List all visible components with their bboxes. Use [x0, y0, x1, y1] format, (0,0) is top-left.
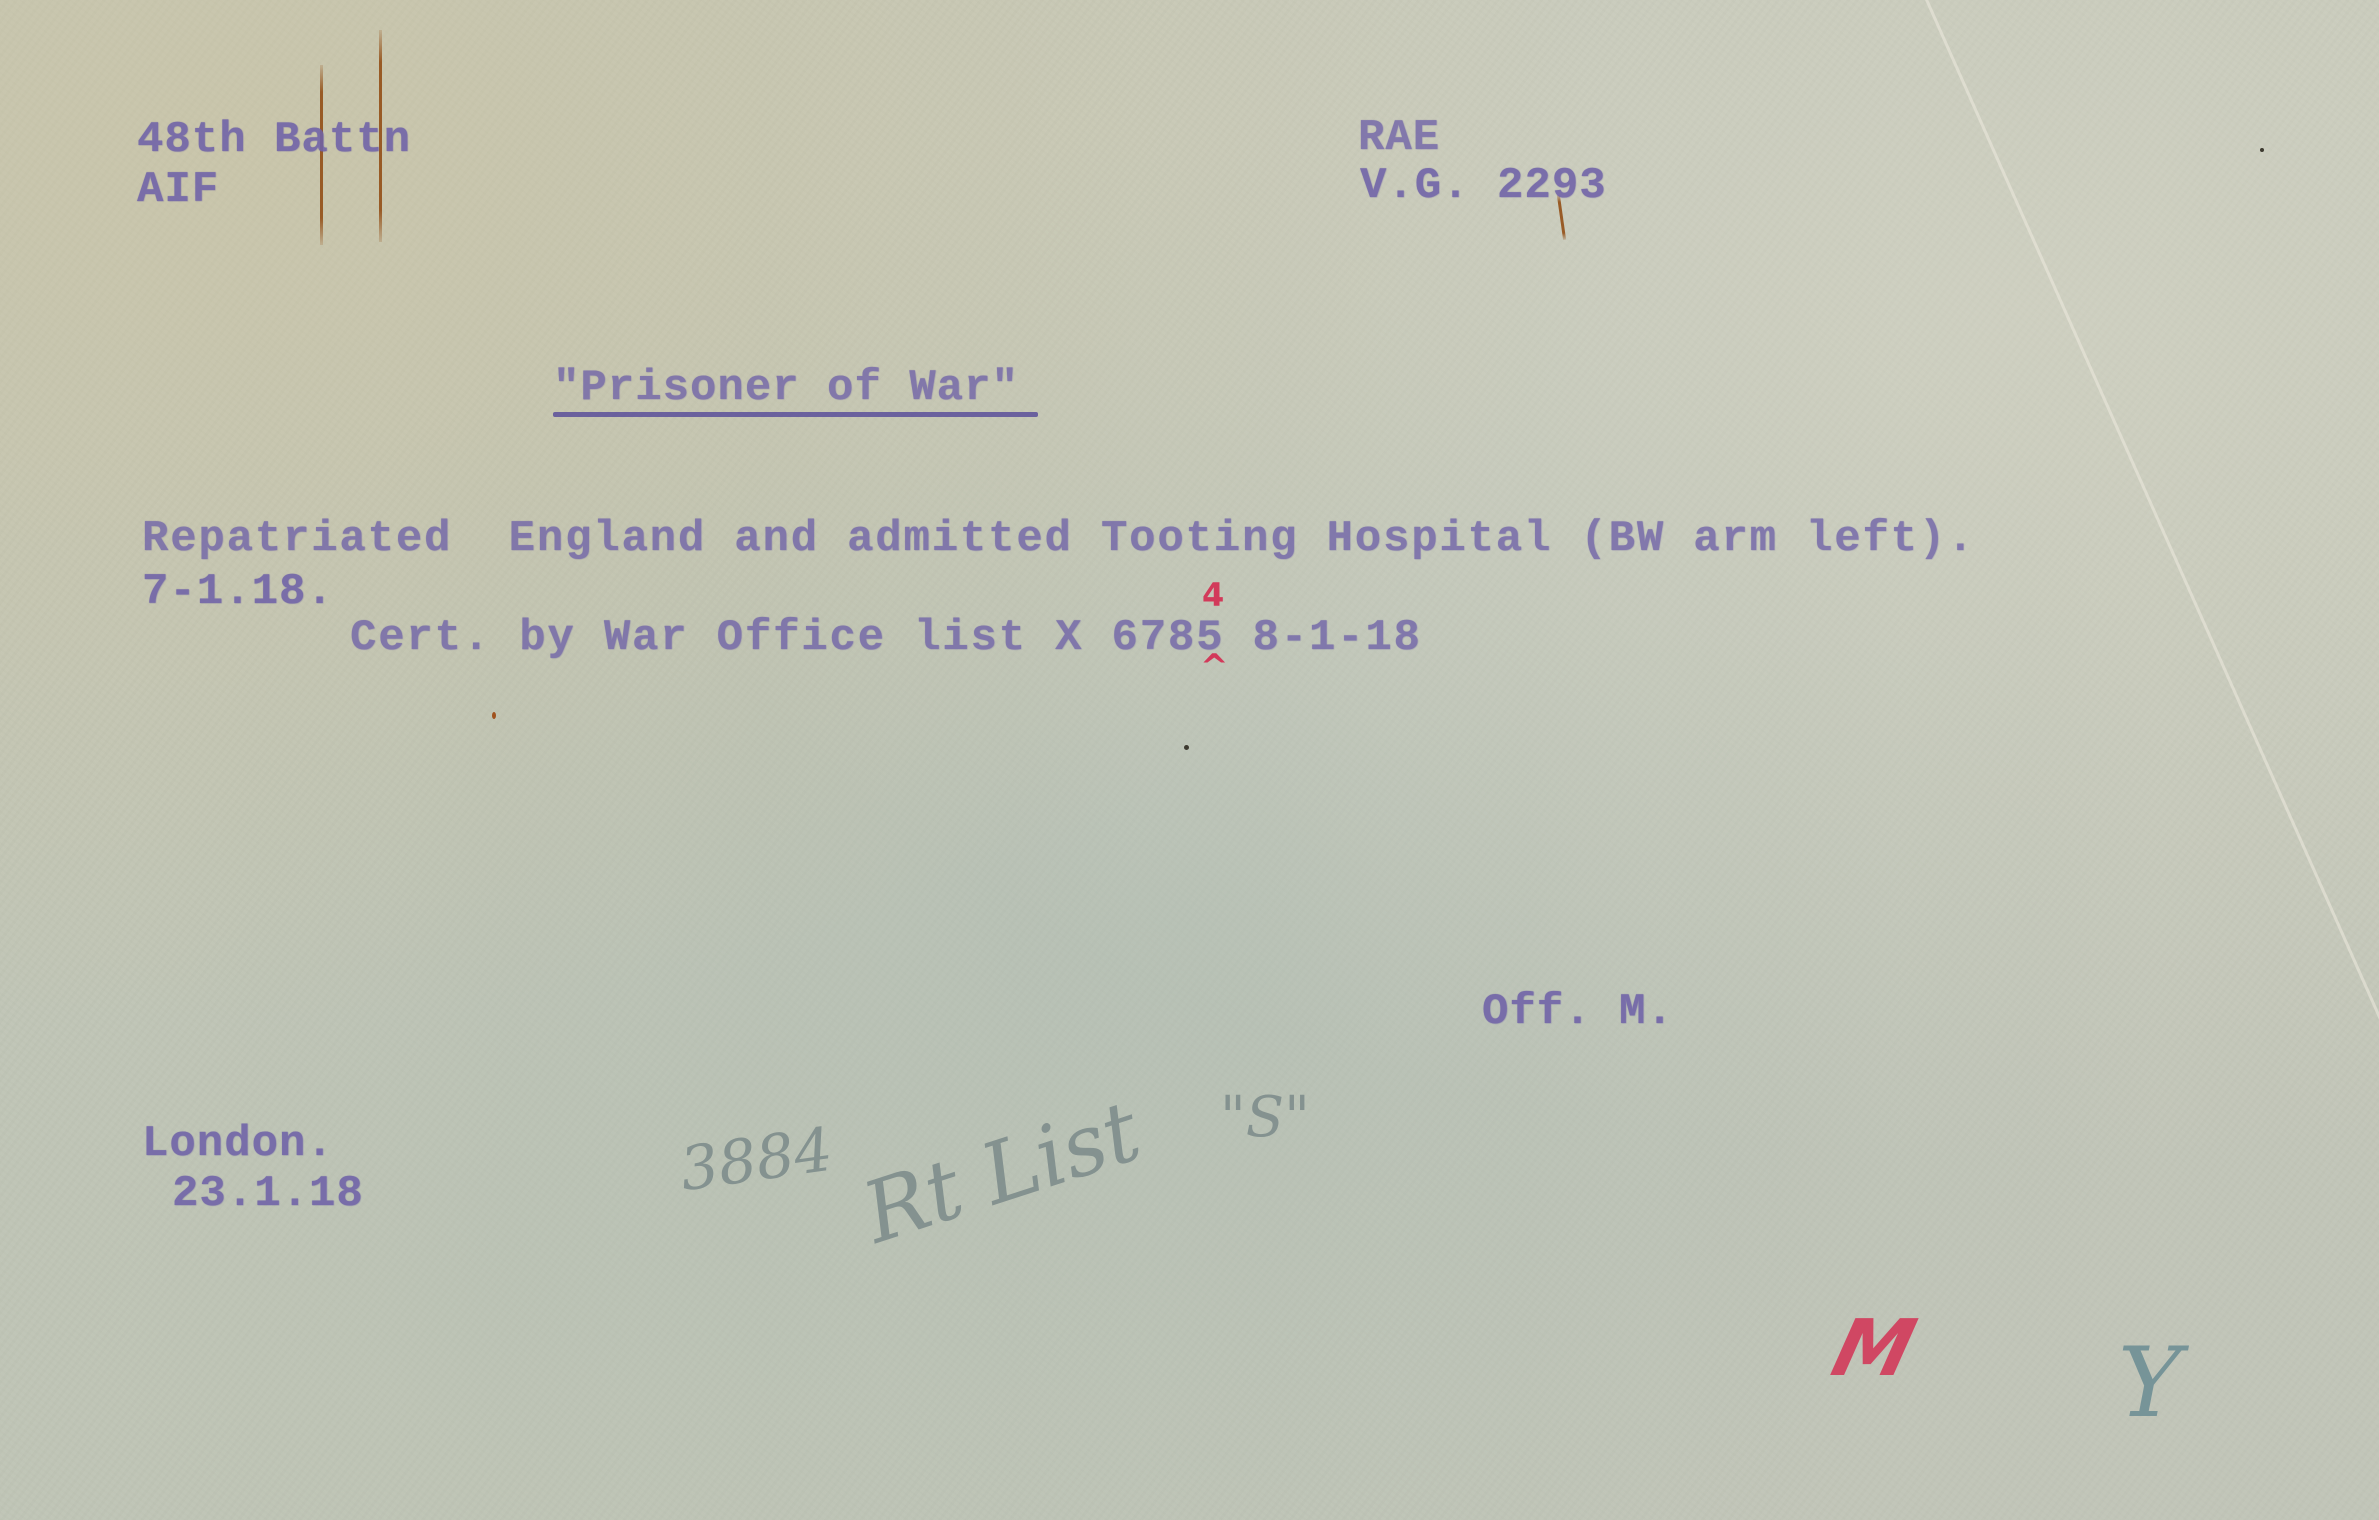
pencil-number: 3884 [677, 1120, 837, 1201]
ink-speck [2260, 148, 2264, 152]
red-insert-digit: 4 [1202, 579, 1224, 611]
pencil-mark: Y [2118, 1335, 2181, 1431]
record-card: 48th Battn AIF RAE V.G. 2293 "Prisoner o… [0, 0, 2379, 1520]
initials-label: RAE [1358, 116, 1440, 160]
document-title: "Prisoner of War" [553, 366, 1019, 410]
paper-crease [1925, 0, 2379, 1279]
ink-speck [492, 712, 496, 719]
reference-number: V.G. 2293 [1360, 164, 1607, 208]
footer-date: 23.1.18 [172, 1172, 364, 1216]
body-line-1: Repatriated England and admitted Tooting… [142, 517, 1975, 561]
pencil-list-letter: "S" [1220, 1090, 1310, 1146]
force-label: AIF [137, 168, 219, 212]
title-underline [553, 412, 1038, 417]
unit-label: 48th Battn [137, 118, 411, 162]
footer-place: London. [142, 1122, 334, 1166]
body-line-2: 7-1.18. [142, 570, 334, 614]
ink-speck [1184, 745, 1189, 750]
pencil-note: Rt List [854, 1088, 1149, 1255]
body-line-3: Cert. by War Office list X 6785 8-1-18 [350, 616, 1422, 660]
red-caret: ^ [1200, 650, 1229, 684]
signature-initials: Off. M. [1482, 990, 1674, 1034]
red-initial: M [1825, 1310, 1922, 1388]
